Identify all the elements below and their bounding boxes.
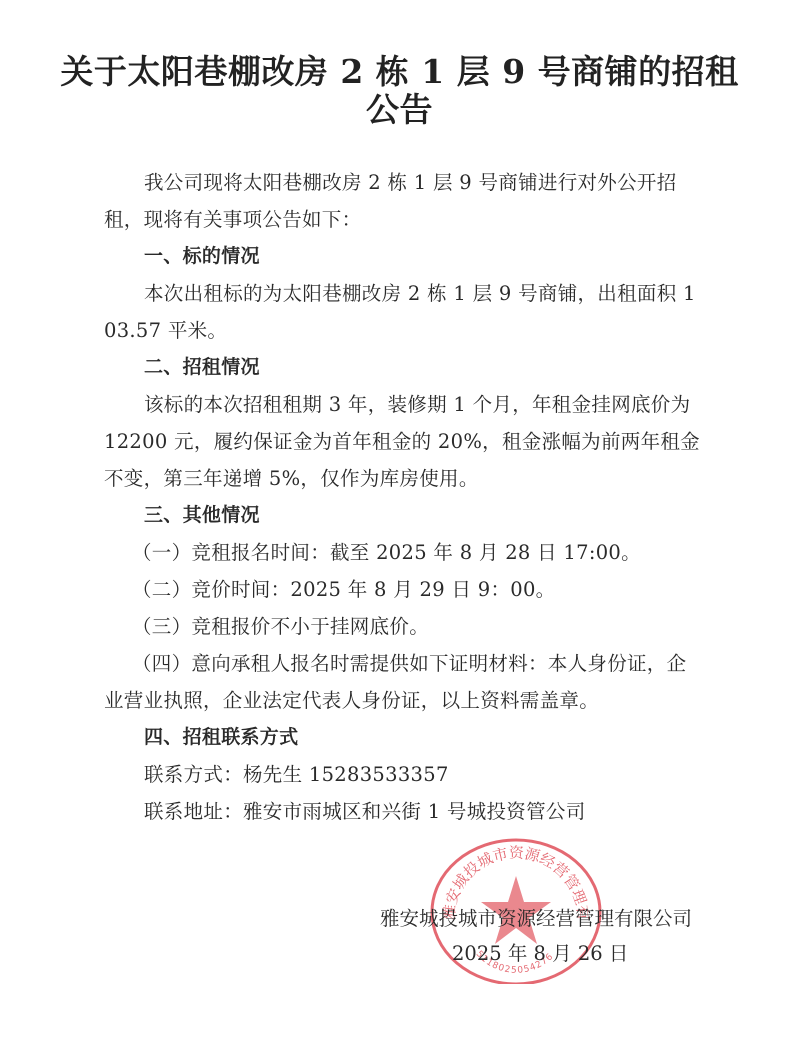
section-heading-contact: 四、招租联系方式 [104, 719, 704, 756]
document-body: 我公司现将太阳巷棚改房 2 栋 1 层 9 号商铺进行对外公开招租，现将有关事项… [104, 164, 704, 830]
section-heading-lease: 二、招租情况 [104, 349, 704, 386]
section-item: （四）意向承租人报名时需提供如下证明材料：本人身份证，企业营业执照，企业法定代表… [104, 645, 704, 719]
section-item: （二）竞价时间：2025 年 8 月 29 日 9：00。 [104, 571, 704, 608]
intro-paragraph: 我公司现将太阳巷棚改房 2 栋 1 层 9 号商铺进行对外公开招租，现将有关事项… [104, 164, 704, 238]
section-paragraph: 该标的本次招租租期 3 年，装修期 1 个月，年租金挂网底价为 12200 元，… [104, 386, 704, 497]
contact-address: 联系地址：雅安市雨城区和兴街 1 号城投资管公司 [104, 793, 704, 830]
section-item: （三）竞租报价不小于挂网底价。 [104, 608, 704, 645]
contact-phone: 联系方式：杨先生 15283533357 [104, 756, 704, 793]
document-title-line-2: 公告 [0, 88, 799, 132]
signature-organization: 雅安城投城市资源经营管理有限公司 [380, 900, 692, 937]
section-heading-subject: 一、标的情况 [104, 238, 704, 275]
signature-date: 2025 年 8 月 26 日 [452, 935, 628, 972]
section-item: （一）竞租报名时间：截至 2025 年 8 月 28 日 17:00。 [104, 534, 704, 571]
section-paragraph: 本次出租标的为太阳巷棚改房 2 栋 1 层 9 号商铺，出租面积 103.57 … [104, 275, 704, 349]
section-heading-other: 三、其他情况 [104, 497, 704, 534]
